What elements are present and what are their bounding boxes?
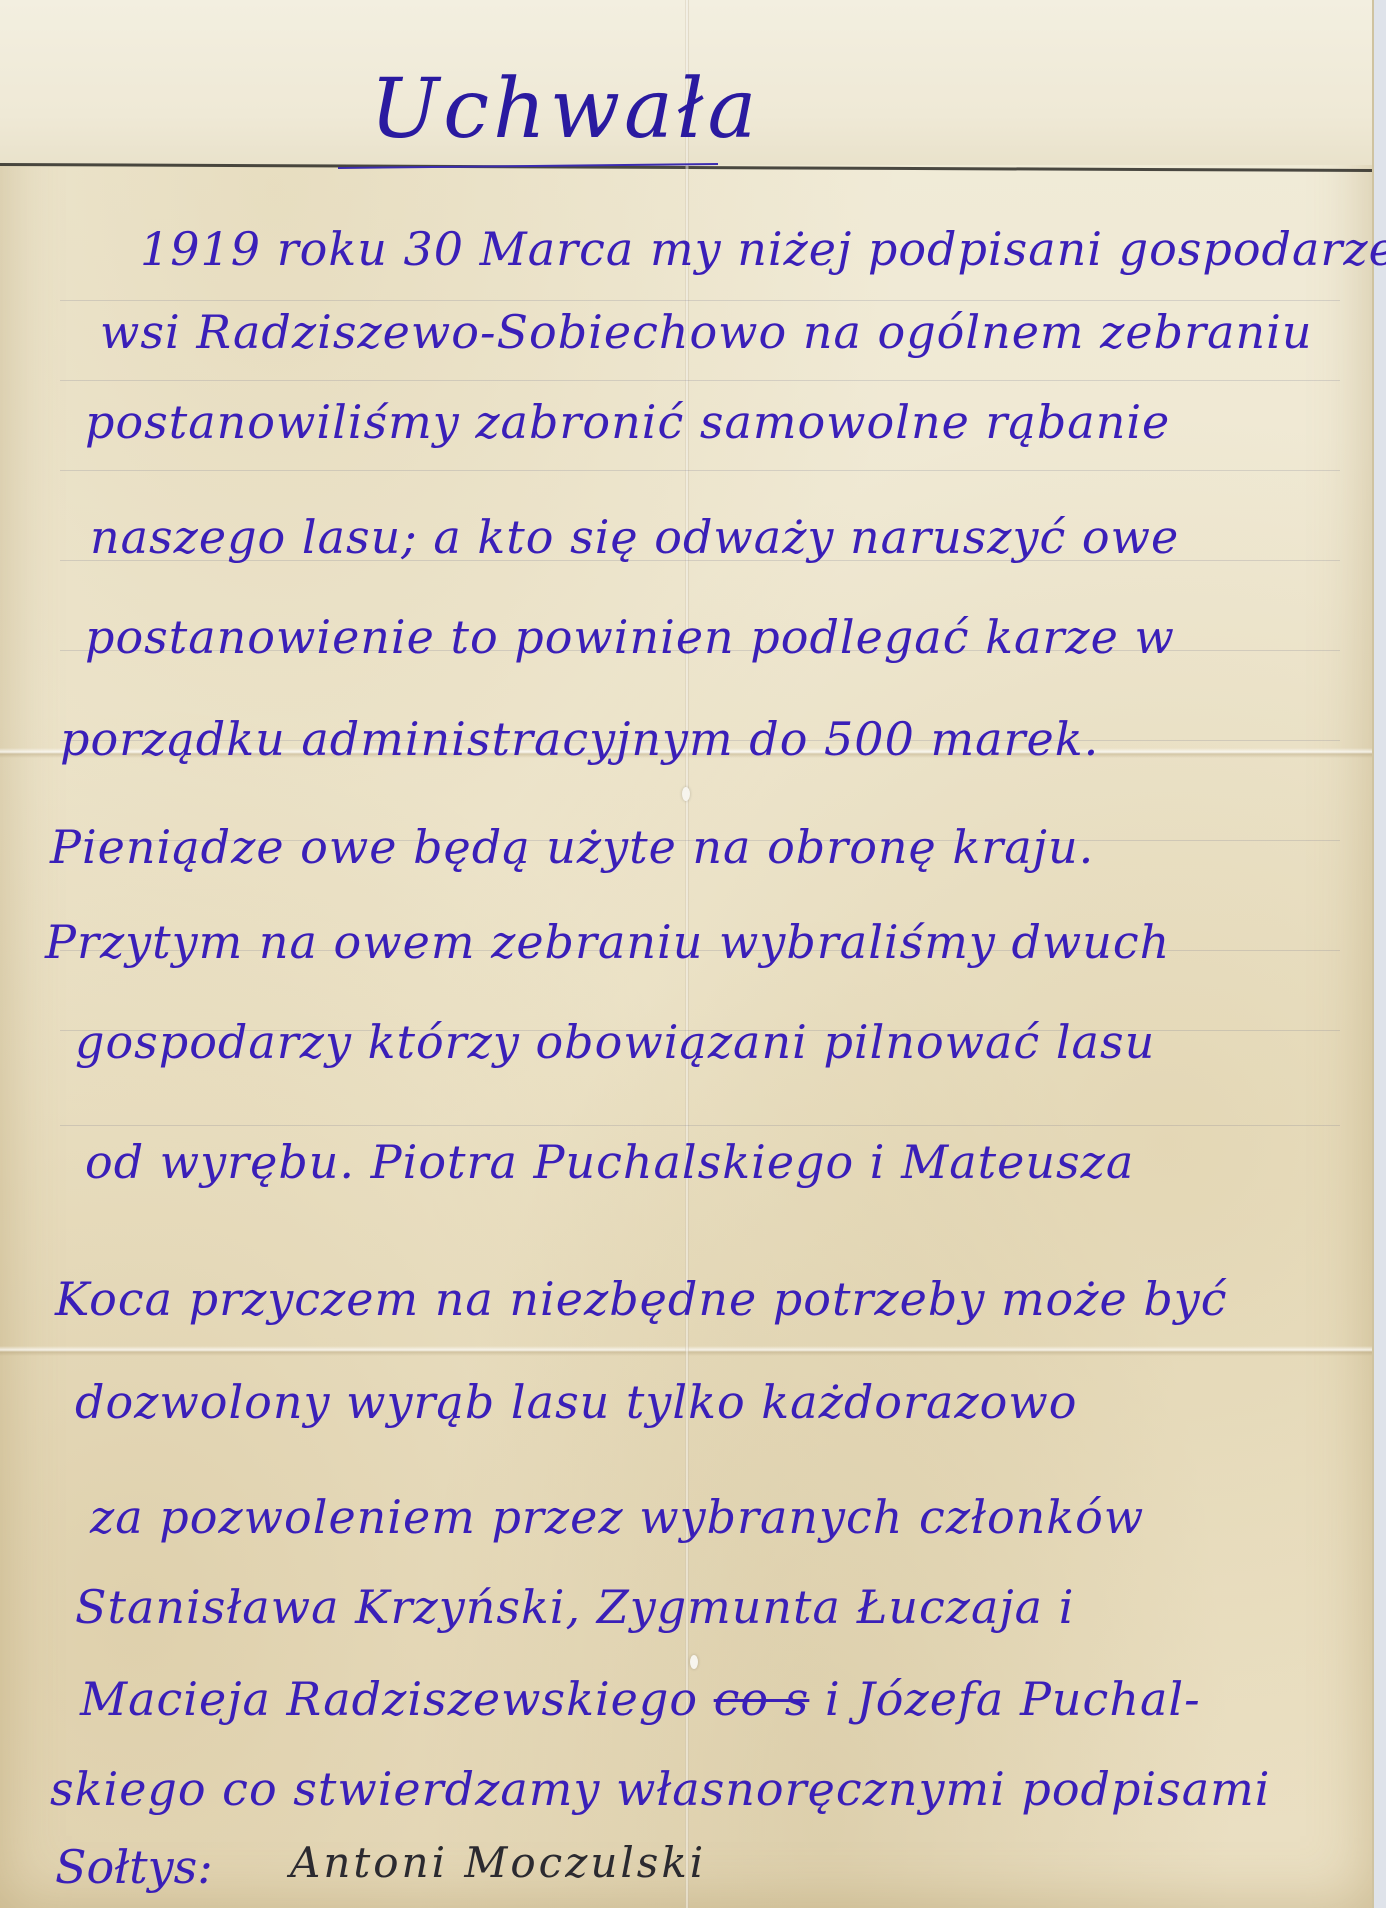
text-line-8: Przytym na owem zebraniu wybraliśmy dwuc…	[45, 915, 1170, 969]
signature-name: Antoni Moczulski	[290, 1838, 706, 1887]
pin-hole	[682, 787, 690, 801]
text-line-7: Pieniądze owe będą użyte na obronę kraju…	[50, 820, 1094, 874]
pin-hole	[690, 1655, 698, 1669]
document-paper: Uchwała 1919 roku 30 Marca my niżej podp…	[0, 0, 1374, 1908]
text-line-14: Stanisława Krzyński, Zygmunta Łuczaja i	[75, 1580, 1074, 1634]
text-line-3: postanowiliśmy zabronić samowolne rąbani…	[85, 395, 1170, 449]
text-line-15: Macieja Radziszewskiego co s i Józefa Pu…	[80, 1672, 1201, 1726]
text-line-11: Koca przyczem na niezbędne potrzeby może…	[55, 1272, 1228, 1326]
text-line-4: naszego lasu; a kto się odważy naruszyć …	[90, 510, 1179, 564]
ruled-line	[60, 380, 1340, 381]
text-line-10: od wyrębu. Piotra Puchalskiego i Mateusz…	[85, 1135, 1134, 1189]
text-line-5: postanowienie to powinien podlegać karze…	[85, 610, 1175, 664]
ruled-line	[60, 470, 1340, 471]
signature-label: Sołtys:	[55, 1840, 213, 1894]
text-line-1: 1919 roku 30 Marca my niżej podpisani go…	[140, 222, 1386, 276]
text-line-15-end: i Józefa Puchal-	[825, 1672, 1201, 1726]
ruled-line	[60, 300, 1340, 301]
text-line-12: dozwolony wyrąb lasu tylko każdorazowo	[75, 1375, 1077, 1429]
strikethrough-text: co s	[714, 1672, 810, 1726]
text-line-15-start: Macieja Radziszewskiego	[80, 1672, 698, 1726]
text-line-2: wsi Radziszewo-Sobiechowo na ogólnem zeb…	[100, 305, 1312, 359]
document-title: Uchwała	[370, 62, 760, 157]
text-line-16: skiego co stwierdzamy własnoręcznymi pod…	[50, 1762, 1271, 1816]
text-line-6: porządku administracyjnym do 500 marek.	[60, 712, 1099, 766]
text-line-13: za pozwoleniem przez wybranych członków	[90, 1490, 1144, 1544]
text-line-9: gospodarzy którzy obowiązani pilnować la…	[75, 1015, 1155, 1069]
ruled-line	[60, 1125, 1340, 1126]
